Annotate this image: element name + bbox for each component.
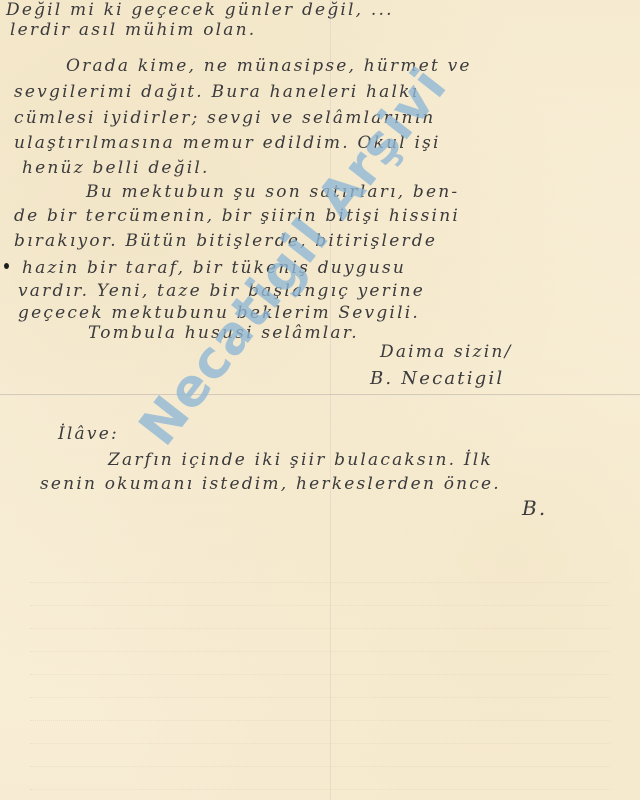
letter-line: hazin bir taraf, bir tükeniş duygusu [22,260,406,277]
horizontal-fold-crease [0,394,640,396]
postscript-initial: B. [522,498,547,518]
letter-line: Değil mi ki geçecek günler değil, ... [6,2,394,19]
letter-line: vardır. Yeni, taze bir başlangıç yerine [18,283,425,300]
letter-line: lerdir asıl mühim olan. [10,22,256,39]
ink-dot [4,263,9,269]
signature: B. Necatigil [370,370,504,388]
letter-line: bırakıyor. Bütün bitişlerde, bitirişlerd… [14,233,437,250]
reverse-side-bleed-through [10,560,630,790]
postscript-heading: İlâve: [58,426,119,443]
letter-line: henüz belli değil. [22,160,210,177]
letter-line: de bir tercümenin, bir şiirin bitişi his… [14,208,460,225]
letter-line: sevgilerimi dağıt. Bura haneleri halkı [14,84,419,101]
postscript-line: Zarfın içinde iki şiir bulacaksın. İlk [108,452,493,469]
closing-phrase: Daima sizin/ [380,344,513,361]
postscript-line: senin okumanı istedim, herkeslerden önce… [40,476,501,493]
letter-line: Bu mektubun şu son satırları, ben- [86,184,459,201]
